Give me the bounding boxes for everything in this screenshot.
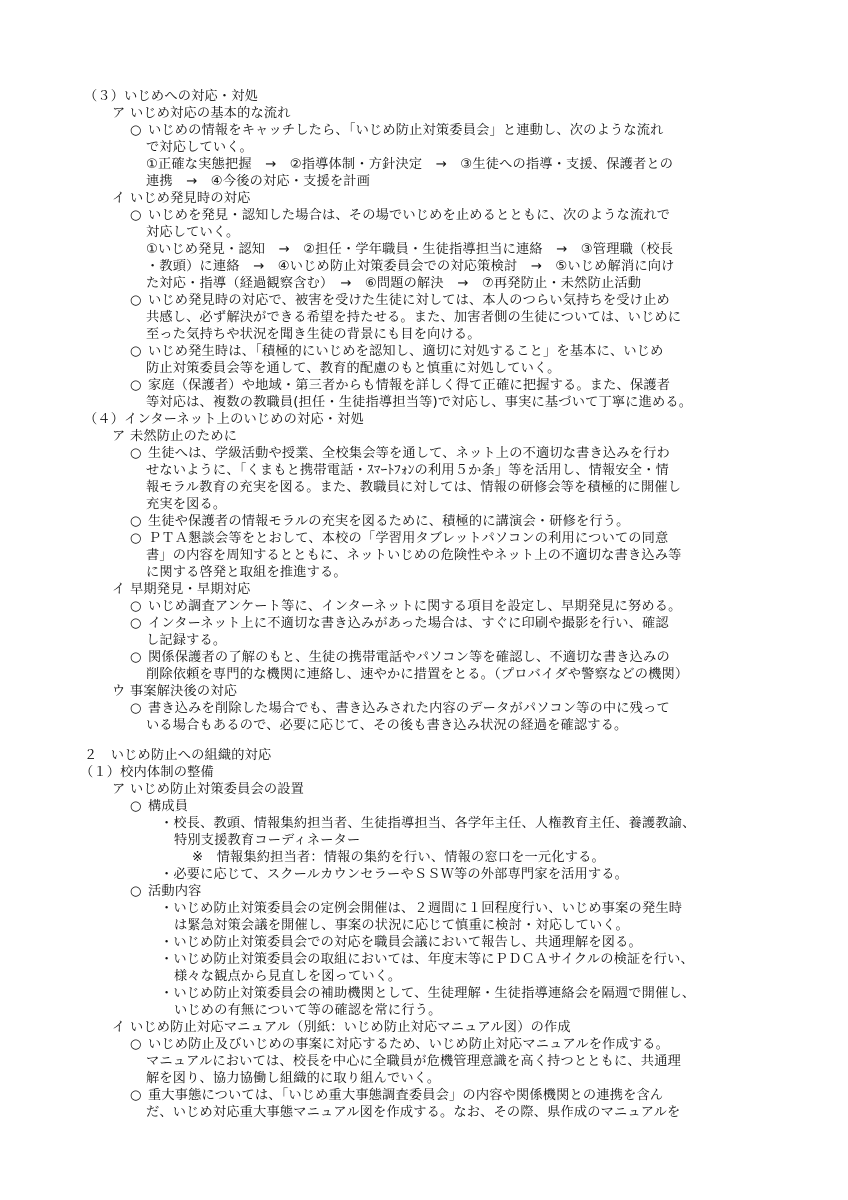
list-item-continuation: 削除依頼を専門的な機関に連絡し、速やかに措置をとる。（プロバイダや警察などの機関… xyxy=(146,666,688,683)
list-item-continuation: 等対応は、複数の教職員(担任・生徒指導担当等)で対応し、事実に基づいて丁寧に進め… xyxy=(146,394,692,411)
list-item-continuation: せないように、「くまもと携帯電話・ｽﾏｰﾄﾌｫﾝの利用５か条」等を活用し、情報安… xyxy=(146,462,669,479)
section-heading: （４）インターネット上のいじめの対応・対処 xyxy=(84,411,364,428)
bullet-continuation: は緊急対策会議を開催し、事案の状況に応じて慎重に検討・対応していく。 xyxy=(174,917,629,934)
list-item-continuation: いる場合もあるので、必要に応じて、その後も書き込み状況の経過を確認する。 xyxy=(146,717,627,734)
bullet-item: ・いじめ防止対策委員会の補助機関として、生徒理解・生徒指導連絡会を隔週で開催し、 xyxy=(160,985,695,1002)
list-item-continuation: た対応・指導（経過観察含む） → ⑥問題の解決 → ⑦再発防止・未然防止活動 xyxy=(146,275,641,292)
subsection-heading: アいじめ対応の基本的な流れ xyxy=(112,105,291,122)
section-heading: （３）いじめへの対応・対処 xyxy=(84,88,258,105)
list-item: ○生徒へは、学級活動や授業、全校集会等を通して、ネット上の不適切な書き込みを行わ xyxy=(130,445,670,462)
list-item-continuation: ①正確な実態把握 → ②指導体制・方針決定 → ③生徒への指導・支援、保護者との xyxy=(146,156,673,173)
list-item: ○いじめを発見・認知した場合は、その場でいじめを止めるとともに、次のような流れで xyxy=(130,207,670,224)
list-item-continuation: マニュアルにおいては、校長を中心に全職員が危機管理意識を高く持つとともに、共通理 xyxy=(146,1053,681,1070)
bullet-item: ・校長、教頭、情報集約担当者、生徒指導担当、各学年主任、人権教育主任、養護教諭、 xyxy=(160,815,696,832)
bullet-item: ・いじめ防止対策委員会の取組においては、年度末等にＰＤＣＡサイクルの検証を行い、 xyxy=(160,951,694,968)
list-item-continuation: に関する啓発と取組を推進する。 xyxy=(146,564,347,581)
list-item: ○ＰＴＡ懇談会等をとおして、本校の「学習用タブレットパソコンの利用についての同意 xyxy=(130,530,668,547)
list-item-continuation: 対応していく。 xyxy=(146,224,239,241)
list-item: ○重大事態については、「いじめ重大事態調査委員会」の内容や関係機関との連携を含ん xyxy=(130,1087,663,1104)
list-item-continuation: 書」の内容を周知するとともに、ネットいじめの危険性やネット上の不適切な書き込み等 xyxy=(146,547,682,564)
section-heading: （１）校内体制の整備 xyxy=(80,764,214,781)
list-item: ○生徒や保護者の情報モラルの充実を図るために、積極的に講演会・研修を行う。 xyxy=(130,513,630,530)
bullet-continuation: 特別支援教育コーディネーター xyxy=(174,832,360,849)
bullet-item: ・いじめ防止対策委員会の定例会開催は、２週間に１回程度行い、いじめ事案の発生時 xyxy=(160,900,682,917)
chapter-heading: ２ いじめ防止への組織的対応 xyxy=(84,747,271,764)
subsection-heading: ウ事案解決後の対応 xyxy=(112,683,237,700)
list-item: ○いじめ防止及びいじめの事案に対応するため、いじめ防止対応マニュアルを作成する。 xyxy=(130,1036,669,1053)
list-item-continuation: 充実を図る。 xyxy=(146,496,226,513)
bullet-item: ・必要に応じて、スクールカウンセラーやＳＳＷ等の外部専門家を活用する。 xyxy=(160,866,628,883)
list-item-members: ○構成員 xyxy=(130,798,188,815)
list-item: ○インターネット上に不適切な書き込みがあった場合は、すぐに印刷や撮影を行い、確認 xyxy=(130,615,669,632)
list-item-continuation: 共感し、必ず解決ができる希望を持たせる。また、加害者側の生徒については、いじめに xyxy=(146,309,681,326)
list-item-continuation: 報モラル教育の充実を図る。また、教職員に対しては、情報の研修会等を積極的に開催し xyxy=(146,479,681,496)
subsection-heading: イいじめ防止対応マニュアル（別紙：いじめ防止対応マニュアル図）の作成 xyxy=(112,1019,571,1036)
bullet-continuation: 様々な観点から見直しを図っていく。 xyxy=(174,968,401,985)
list-item-continuation: で対応していく。 xyxy=(146,139,253,156)
list-item-continuation: 防止対策委員会等を通して、教育的配慮のもと慎重に対処していく。 xyxy=(146,360,560,377)
bullet-item: ・いじめ防止対策委員会での対応を職員会議において報告し、共通理解を図る。 xyxy=(160,934,642,951)
list-item-continuation: 至った気持ちや状況を聞き生徒の背景にも目を向ける。 xyxy=(146,326,481,343)
list-item: ○いじめの情報をキャッチしたら、「いじめ防止対策委員会」と連動し、次のような流れ xyxy=(130,122,664,139)
list-item-continuation: だ、いじめ対応重大事態マニュアル図を作成する。なお、その際、県作成のマニュアルを xyxy=(146,1104,680,1121)
list-item: ○家庭（保護者）や地域・第三者からも情報を詳しく得て正確に把握する。また、保護者 xyxy=(130,377,670,394)
bullet-continuation: いじめの有無について等の確認を常に行う。 xyxy=(174,1002,441,1019)
list-item: ○書き込みを削除した場合でも、書き込みされた内容のデータがパソコン等の中に残って xyxy=(130,700,670,717)
list-item-continuation: ・教頭）に連絡 → ④いじめ防止対策委員会での対応策検討 → ⑤いじめ解消に向け xyxy=(146,258,675,275)
note: ※ 情報集約担当者：情報の集約を行い、情報の窓口を一元化する。 xyxy=(192,849,605,866)
list-item: ○いじめ発生時は、「積極的にいじめを認知し、適切に対処すること」を基本に、いじめ xyxy=(130,343,664,360)
list-item-continuation: ①いじめ発見・認知 → ②担任・学年職員・生徒指導担当に連絡 → ③管理職（校長 xyxy=(146,241,673,258)
subsection-heading: イ早期発見・早期対応 xyxy=(112,581,251,598)
list-item-activities: ○活動内容 xyxy=(130,883,202,900)
list-item-continuation: 連携 → ④今後の対応・支援を計画 xyxy=(146,173,370,190)
list-item-continuation: 解を図り、協力協働し組織的に取り組んでいく。 xyxy=(146,1070,440,1087)
list-item-continuation: し記録する。 xyxy=(146,632,226,649)
subsection-heading: イいじめ発見時の対応 xyxy=(112,190,251,207)
list-item: ○関係保護者の了解のもと、生徒の携帯電話やパソコン等を確認し、不適切な書き込みの xyxy=(130,649,670,666)
list-item: ○いじめ発見時の対応で、被害を受けた生徒に対しては、本人のつらい気持ちを受け止め xyxy=(130,292,670,309)
list-item: ○いじめ調査アンケート等に、インターネットに関する項目を設定し、早期発見に努める… xyxy=(130,598,682,615)
subsection-heading: アいじめ防止対策委員会の設置 xyxy=(112,781,304,798)
subsection-heading: ア未然防止のために xyxy=(112,428,237,445)
